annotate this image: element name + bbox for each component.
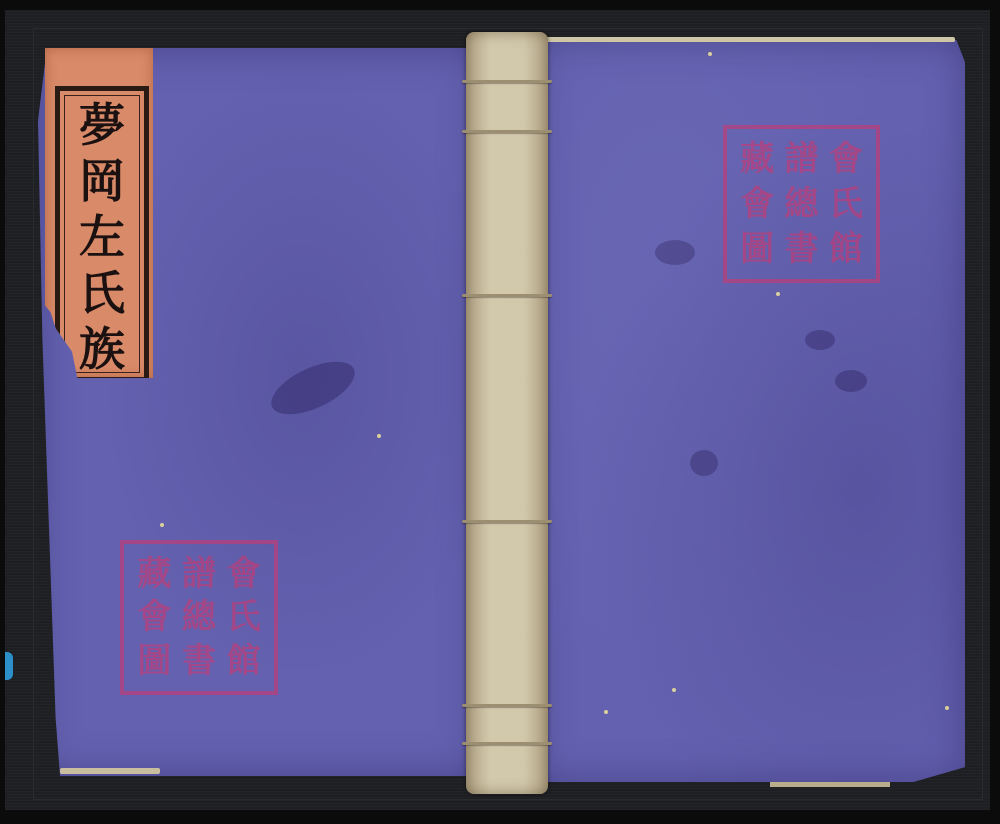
library-seal: 藏 譜 會 會 總 氏 圖 書 館	[120, 540, 278, 695]
title-label-frame: 夢 岡 左 氏 族	[55, 86, 149, 382]
library-seal: 藏 譜 會 會 總 氏 圖 書 館	[723, 125, 880, 283]
stain	[690, 450, 718, 476]
binding-thread	[462, 704, 552, 707]
binding-thread	[462, 130, 552, 133]
stain	[805, 330, 835, 350]
paper-speck	[945, 706, 949, 710]
paper-speck	[708, 52, 712, 56]
paper-speck	[160, 523, 164, 527]
book-photo: 夢 岡 左 氏 族 藏 譜 會 會 總 氏 圖 書 館 藏	[0, 0, 1000, 824]
book-spine	[466, 32, 548, 794]
paper-speck	[604, 710, 608, 714]
paper-edge	[770, 782, 890, 787]
stain	[655, 240, 695, 265]
stain	[264, 351, 362, 425]
paper-edge	[60, 768, 160, 774]
book-title: 夢 岡 左 氏 族	[60, 97, 144, 377]
paper-speck	[672, 688, 676, 692]
paper-speck	[377, 434, 381, 438]
blue-clip	[5, 652, 13, 680]
stain	[835, 370, 867, 392]
title-label: 夢 岡 左 氏 族	[45, 48, 153, 378]
paper-speck	[776, 292, 780, 296]
binding-thread	[462, 742, 552, 745]
binding-thread	[462, 520, 552, 523]
paper-edge	[545, 37, 955, 42]
binding-thread	[462, 80, 552, 83]
binding-thread	[462, 294, 552, 297]
